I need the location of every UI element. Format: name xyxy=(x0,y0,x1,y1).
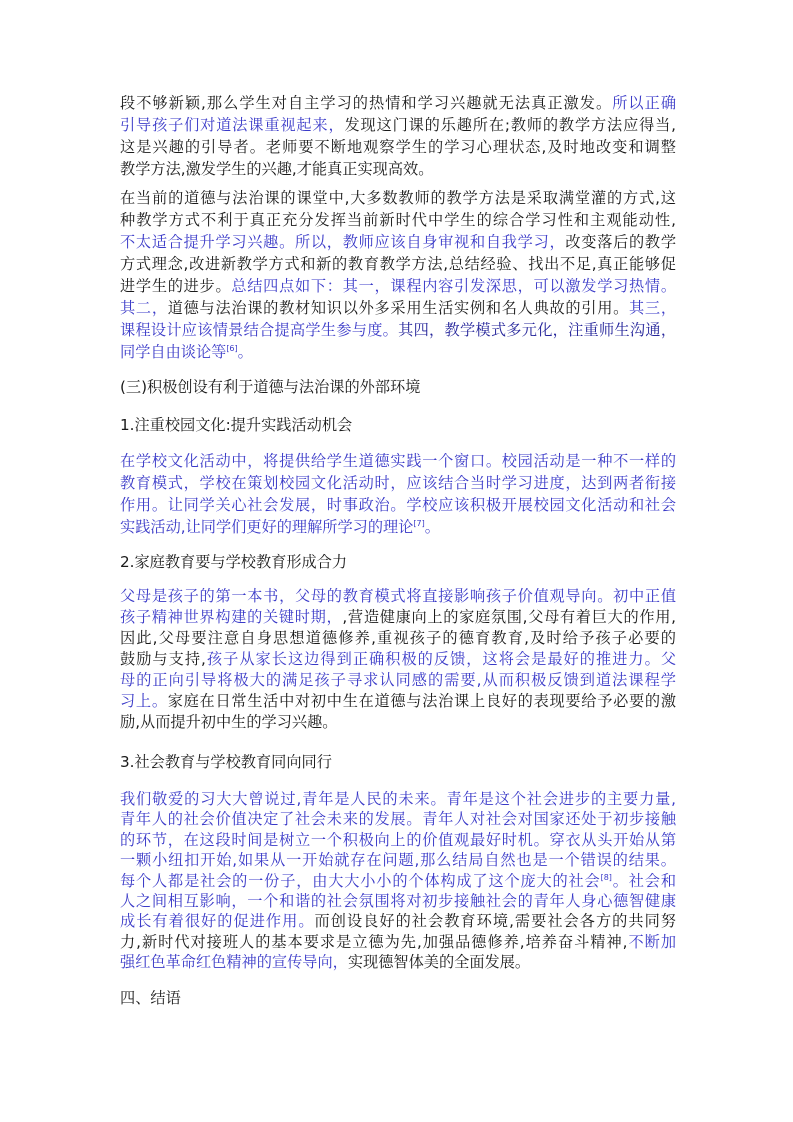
citation-reference: [7] xyxy=(413,519,424,528)
text-segment: 道德与法治课的教材知识以外多采用生活实例和名人典故的引用。 xyxy=(168,299,629,317)
text-segment: 所以正确 xyxy=(612,94,676,112)
text-line: 在学校文化活动中，将提供给学生道德实践一个窗口。校园活动是一种不一样的 xyxy=(120,450,676,472)
text-segment: 人之间相互影响，一个和谐的社会氛围将对初步接触社会的青年人身心德智健康 xyxy=(120,892,676,910)
paragraph-classroom-methods: 在当前的道德与法治课的课堂中,大多数教师的教学方法是采取满堂灌的方式,这种教学方… xyxy=(120,187,676,363)
citation-reference: [6] xyxy=(226,344,237,353)
text-line: 每个人都是社会的一份子，由大大小小的个体构成了这个庞大的社会[8]。社会和 xyxy=(120,871,676,891)
text-segment: 每个人都是社会的一份子，由大大小小的个体构成了这个庞大的社会 xyxy=(120,872,601,890)
text-segment: 强红色革命红色精神的宣传导向， xyxy=(120,953,348,971)
text-line: 不太适合提升学习兴趣。所以，教师应该自身审视和自我学习，改变落后的教学 xyxy=(120,231,676,253)
text-line: 作用。让同学关心社会发展，时事政治。学校应该积极开展校园文化活动和社会 xyxy=(120,494,676,516)
document-page: 段不够新颖,那么学生对自主学习的热情和学习兴趣就无法真正激发。所以正确引导孩子们… xyxy=(0,0,793,1122)
text-segment: 力,新时代对接班人的基本要求是立德为先,加强品德修养,培养奋斗精神, xyxy=(120,933,627,951)
text-segment: 实现德智体美的全面发展。 xyxy=(348,953,530,971)
paragraph-family-education: 父母是孩子的第一本书，父母的教育模式将直接影响孩子价值观导向。初中正值孩子精神世… xyxy=(120,586,676,733)
text-segment: 青年人的社会价值决定了社会未来的发展。青年人对社会对国家还处于初步接触 xyxy=(120,810,676,828)
citation-reference: [8] xyxy=(601,873,612,882)
text-line: 我们敬爱的习大大曾说过,青年是人民的未来。青年是这个社会进步的主要力量, xyxy=(120,789,676,809)
text-segment: 改变落后的教学 xyxy=(565,233,676,251)
text-segment: 。 xyxy=(425,518,440,536)
text-segment: 在当前的道德与法治课的课堂中,大多数教师的教学方法是采取满堂灌的方式,这 xyxy=(120,189,676,207)
text-segment: 鼓励与支持, xyxy=(120,650,206,668)
subheading-social-education: 3.社会教育与学校教育同向同行 xyxy=(120,751,332,773)
text-segment: 习上。 xyxy=(120,692,168,710)
text-line: 孩子精神世界构建的关键时期，,营造健康向上的家庭氛围,父母有着巨大的作用, xyxy=(120,607,676,628)
text-line: 习上。家庭在日常生活中对初中生在道德与法治课上良好的表现要给予必要的激 xyxy=(120,691,676,712)
text-line: 成长有着很好的促进作用。而创设良好的社会教育环境,需要社会各方的共同努 xyxy=(120,911,676,931)
paragraph-social-education: 我们敬爱的习大大曾说过,青年是人民的未来。青年是这个社会进步的主要力量,青年人的… xyxy=(120,789,676,973)
text-segment: 父母是孩子的第一本书，父母的教育模式将直接影响孩子价值观导向。初中正值 xyxy=(120,587,676,605)
text-segment: 引导孩子们对道法课重视起来， xyxy=(120,116,345,134)
text-line: 鼓励与支持,孩子从家长这边得到正确积极的反馈，这将会是最好的推进力。父 xyxy=(120,649,676,670)
text-line: 种教学方式不利于真正充分发挥当前新时代中学生的综合学习性和主观能动性, xyxy=(120,209,676,231)
text-segment: 总结四点如下：其一，课程内容引发深思，可以激发学习热情。 xyxy=(231,277,676,295)
text-segment: 成长有着很好的促进作用。 xyxy=(120,912,315,930)
text-segment: 因此,父母要注意自身思想道德修养,重视孩子的德育教育,及时给予孩子必要的 xyxy=(120,629,676,647)
text-segment: 。社会和 xyxy=(612,872,676,890)
text-line: 一颗小纽扣开始,如果从一开始就存在问题,那么结局自然也是一个错误的结果。 xyxy=(120,850,676,870)
text-line: 父母是孩子的第一本书，父母的教育模式将直接影响孩子价值观导向。初中正值 xyxy=(120,586,676,607)
text-segment: 实践活动,让同学们更好的理解所学习的理论 xyxy=(120,518,413,536)
text-segment: 课程设计应该情景结合提高学生参与度。 xyxy=(120,321,398,339)
text-line: 引导孩子们对道法课重视起来，发现这门课的乐趣所在;教师的教学方法应得当, xyxy=(120,114,676,136)
text-line: 段不够新颖,那么学生对自主学习的热情和学习兴趣就无法真正激发。所以正确 xyxy=(120,92,676,114)
text-segment: 孩子从家长这边得到正确积极的反馈，这将会是最好的推进力。父 xyxy=(206,650,676,668)
text-line: 实践活动,让同学们更好的理解所学习的理论[7]。 xyxy=(120,516,676,538)
text-line: 这是兴趣的引导者。老师要不断地观察学生的学习心理状态,及时地改变和调整 xyxy=(120,136,676,158)
text-segment: 教育模式，学校在策划校园文化活动时，应该结合当时学习进度，达到两者衔接 xyxy=(120,474,676,492)
subheading-family-education: 2.家庭教育要与学校教育形成合力 xyxy=(120,551,347,573)
text-segment: 进学生的进步。 xyxy=(120,277,231,295)
text-segment: 方式理念,改进新教学方式和新的教育教学方法,总结经验、找出不足,真正能够促 xyxy=(120,255,676,273)
text-line: 其二，道德与法治课的教材知识以外多采用生活实例和名人典故的引用。其三， xyxy=(120,297,676,319)
text-line: 进学生的进步。总结四点如下：其一，课程内容引发深思，可以激发学习热情。 xyxy=(120,275,676,297)
text-segment: 作用。让同学关心社会发展，时事政治。学校应该积极开展校园文化活动和社会 xyxy=(120,496,676,514)
text-line: 母的正向引导将极大的满足孩子寻求认同感的需要,从而积极反馈到道法课程学 xyxy=(120,670,676,691)
text-line: 的环节，在这段时间是树立一个积极向上的价值观最好时机。穿衣从头开始从第 xyxy=(120,830,676,850)
paragraph-campus-culture: 在学校文化活动中，将提供给学生道德实践一个窗口。校园活动是一种不一样的教育模式，… xyxy=(120,450,676,538)
text-segment: 孩子精神世界构建的关键时期， xyxy=(120,608,342,626)
section-heading-external-environment: (三)积极创设有利于道德与法治课的外部环境 xyxy=(120,376,420,398)
text-segment: 我们敬爱的习大大曾说过,青年是人民的未来。青年是这个社会进步的主要力量, xyxy=(120,790,676,808)
text-segment: 家庭在日常生活中对初中生在道德与法治课上良好的表现要给予必要的激 xyxy=(168,692,676,710)
subheading-campus-culture: 1.注重校园文化:提升实践活动机会 xyxy=(120,414,352,436)
text-segment: 这是兴趣的引导者。老师要不断地观察学生的学习心理状态,及时地改变和调整 xyxy=(120,138,676,156)
text-line: 力,新时代对接班人的基本要求是立德为先,加强品德修养,培养奋斗精神,不断加 xyxy=(120,932,676,952)
text-segment: 同学自由谈论等 xyxy=(120,343,226,361)
text-line: 在当前的道德与法治课的课堂中,大多数教师的教学方法是采取满堂灌的方式,这 xyxy=(120,187,676,209)
text-segment: 的环节，在这段时间是树立一个积极向上的价值观最好时机。穿衣从头开始从第 xyxy=(120,831,676,849)
text-line: 励,从而提升初中生的学习兴趣。 xyxy=(120,712,676,733)
text-line: 人之间相互影响，一个和谐的社会氛围将对初步接触社会的青年人身心德智健康 xyxy=(120,891,676,911)
text-segment: 发现这门课的乐趣所在;教师的教学方法应得当, xyxy=(345,116,677,134)
text-segment: 段不够新颖,那么学生对自主学习的热情和学习兴趣就无法真正激发。 xyxy=(120,94,612,112)
text-line: 教学方法,激发学生的兴趣,才能真正实现高效。 xyxy=(120,158,676,180)
text-segment: 其三， xyxy=(629,299,676,317)
text-segment: 而创设良好的社会教育环境,需要社会各方的共同努 xyxy=(315,912,676,930)
text-segment: 母的正向引导将极大的满足孩子寻求认同感的需要,从而积极反馈到道法课程学 xyxy=(120,671,676,689)
text-segment: 在学校文化活动中，将提供给学生道德实践一个窗口。校园活动是一种不一样的 xyxy=(120,452,676,470)
text-line: 方式理念,改进新教学方式和新的教育教学方法,总结经验、找出不足,真正能够促 xyxy=(120,253,676,275)
text-line: 因此,父母要注意自身思想道德修养,重视孩子的德育教育,及时给予孩子必要的 xyxy=(120,628,676,649)
text-line: 同学自由谈论等[6]。 xyxy=(120,341,676,363)
text-line: 强红色革命红色精神的宣传导向，实现德智体美的全面发展。 xyxy=(120,952,676,972)
text-segment: 其四，教学模式多元化，注重师生沟通， xyxy=(398,321,676,339)
text-line: 教育模式，学校在策划校园文化活动时，应该结合当时学习进度，达到两者衔接 xyxy=(120,472,676,494)
text-segment: 励,从而提升初中生的学习兴趣。 xyxy=(120,713,337,731)
text-segment: 不断加 xyxy=(627,933,676,951)
section-heading-conclusion: 四、结语 xyxy=(120,987,181,1009)
text-line: 青年人的社会价值决定了社会未来的发展。青年人对社会对国家还处于初步接触 xyxy=(120,809,676,829)
text-segment: 教学方法,激发学生的兴趣,才能真正实现高效。 xyxy=(120,160,433,178)
text-segment: 。 xyxy=(238,343,253,361)
text-segment: 种教学方式不利于真正充分发挥当前新时代中学生的综合学习性和主观能动性, xyxy=(120,211,676,229)
text-segment: 不太适合提升学习兴趣。所以，教师应该自身审视和自我学习， xyxy=(120,233,565,251)
text-segment: 一颗小纽扣开始,如果从一开始就存在问题,那么结局自然也是一个错误的结果。 xyxy=(120,851,676,869)
text-segment: 其二， xyxy=(120,299,168,317)
paragraph-teaching-methods: 段不够新颖,那么学生对自主学习的热情和学习兴趣就无法真正激发。所以正确引导孩子们… xyxy=(120,92,676,180)
text-segment: ,营造健康向上的家庭氛围,父母有着巨大的作用, xyxy=(342,608,676,626)
text-line: 课程设计应该情景结合提高学生参与度。其四，教学模式多元化，注重师生沟通， xyxy=(120,319,676,341)
